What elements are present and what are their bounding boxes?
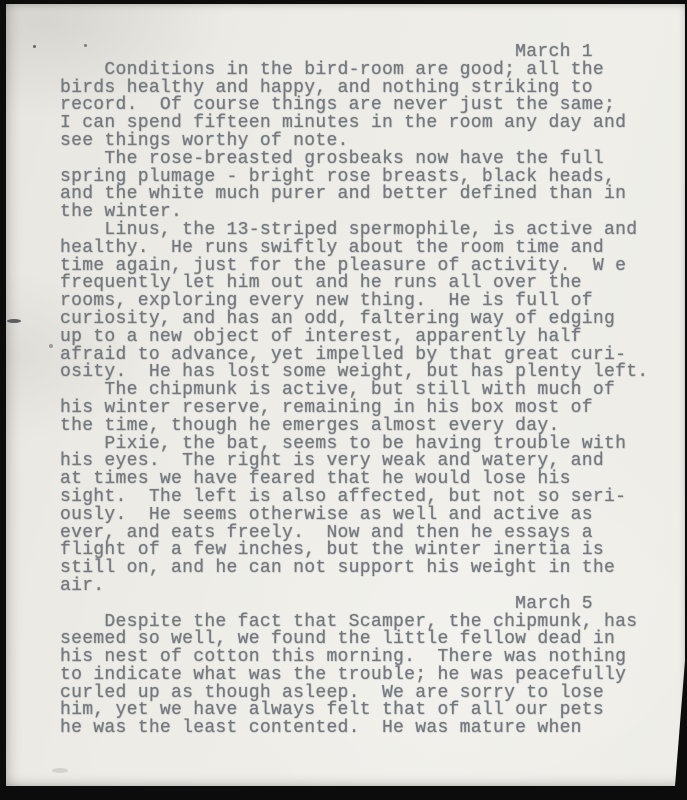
typed-line: up to a new object of interest, apparent… <box>60 329 648 347</box>
typed-line: the time, though he emerges almost every… <box>60 418 648 436</box>
typed-line: still on, and he can not support his wei… <box>60 560 648 578</box>
typed-line: healthy. He runs swiftly about the room … <box>60 240 648 258</box>
typed-line: The rose-breasted grosbeaks now have the… <box>60 151 648 169</box>
scan-background: March 1 Conditions in the bird-room are … <box>0 0 687 800</box>
typed-line: ously. He seems otherwise as well and ac… <box>60 507 648 525</box>
typed-line: Conditions in the bird-room are good; al… <box>60 62 648 80</box>
scan-corner-shadow <box>675 661 685 786</box>
ink-speck <box>33 45 36 48</box>
typed-line: he was the least contented. He was matur… <box>60 720 648 738</box>
typed-text-block: March 1 Conditions in the bird-room are … <box>60 44 648 738</box>
ink-speck <box>49 344 53 348</box>
ink-speck <box>7 319 21 323</box>
paper-page: March 1 Conditions in the bird-room are … <box>6 4 685 786</box>
ink-speck <box>84 44 87 47</box>
typed-line: March 5 <box>60 596 648 614</box>
ink-speck <box>52 768 68 773</box>
